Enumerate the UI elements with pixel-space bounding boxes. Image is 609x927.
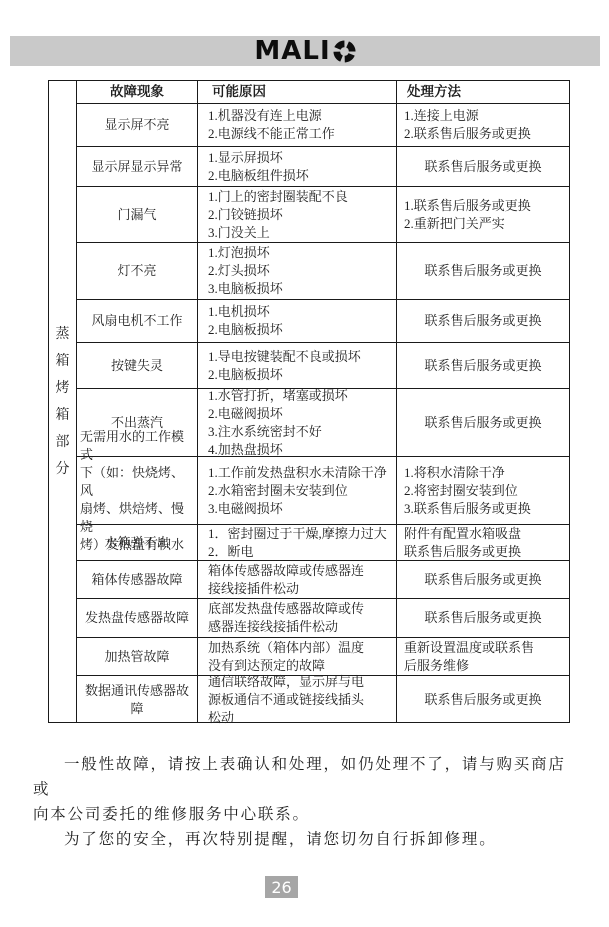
cell-line: 1．密封圈过于干燥,摩擦力过大: [208, 525, 387, 543]
cell-line: 联系售后服务或更换: [424, 609, 541, 627]
cell-line: 箱体传感器故障或传感器连: [208, 562, 364, 580]
cell-line: 风扇电机不工作: [91, 312, 182, 330]
cell-line: 联系售后服务或更换: [424, 312, 541, 330]
cell-line: 联系售后服务或更换: [424, 571, 541, 589]
causes-cell: 1.电机损坏2.电脑板损坏: [198, 300, 397, 342]
cell-line: 2.将密封圈安装到位: [404, 482, 518, 500]
table-row: 按键失灵1.导电按键装配不良或损坏2.电脑板损坏联系售后服务或更换: [77, 343, 569, 389]
cell-line: 下（如：快烧烤、风: [80, 464, 194, 500]
header-causes: 可能原因: [198, 81, 397, 103]
table-row: 水箱弹不出1．密封圈过于干燥,摩擦力过大2．断电附件有配置水箱吸盘联系售后服务或…: [77, 525, 569, 561]
symptom-cell: 水箱弹不出: [77, 525, 198, 560]
cell-line: 1.机器没有连上电源: [208, 107, 322, 125]
page-number-badge: 26: [265, 876, 298, 898]
cell-line: 1.工作前发热盘积水未清除干净: [208, 464, 387, 482]
cell-line: 加热系统（箱体内部）温度: [208, 639, 364, 657]
table-header-row: 故障现象 可能原因 处理方法: [77, 81, 569, 104]
footer-line: 向本公司委托的维修服务中心联系。: [33, 802, 579, 827]
header-solutions: 处理方法: [397, 81, 569, 103]
cell-line: 3.电磁阀损坏: [208, 500, 283, 518]
cell-line: 2.联系售后服务或更换: [404, 125, 531, 143]
solutions-cell: 联系售后服务或更换: [397, 300, 569, 342]
footer-notes: 一般性故障，请按上表确认和处理，如仍处理不了，请与购买商店或向本公司委托的维修服…: [33, 752, 579, 852]
segmented-ring-icon: [333, 40, 356, 63]
cell-line: 2.电源线不能正常工作: [208, 125, 335, 143]
cell-line: 4.加热盘损坏: [208, 441, 283, 459]
cell-line: 2.重新把门关严实: [404, 215, 505, 233]
causes-cell: 1.显示屏损坏2.电脑板组件损坏: [198, 147, 397, 186]
cell-line: 2.电脑板损坏: [208, 321, 283, 339]
cell-line: 发热盘传感器故障: [85, 609, 189, 627]
header-symptom: 故障现象: [77, 81, 198, 103]
cell-line: 联系售后服务或更换: [424, 691, 541, 709]
cell-line: 后服务维修: [404, 657, 469, 675]
table-row: 显示屏不亮1.机器没有连上电源2.电源线不能正常工作1.连接上电源2.联系售后服…: [77, 104, 569, 147]
section-label-char: 分: [56, 456, 70, 483]
brand-logo: MALI: [254, 38, 355, 64]
causes-cell: 通信联络故障，显示屏与电源板通信不通或链接线插头松动: [198, 676, 397, 723]
solutions-cell: 重新设置温度或联系售后服务维修: [397, 638, 569, 675]
cell-line: 联系售后服务或更换: [424, 414, 541, 432]
table-row: 发热盘传感器故障底部发热盘传感器故障或传感器连接线接插件松动联系售后服务或更换: [77, 599, 569, 638]
cell-line: 2.水箱密封圈未安装到位: [208, 482, 348, 500]
cell-line: 1.联系售后服务或更换: [404, 197, 531, 215]
cell-line: 3.联系售后服务或更换: [404, 500, 531, 518]
troubleshooting-table: 蒸箱烤箱部分 故障现象 可能原因 处理方法 显示屏不亮1.机器没有连上电源2.电…: [48, 80, 570, 723]
table-row: 箱体传感器故障箱体传感器故障或传感器连接线接插件松动联系售后服务或更换: [77, 561, 569, 599]
cell-line: 3.注水系统密封不好: [208, 423, 322, 441]
cell-line: 联系售后服务或更换: [424, 158, 541, 176]
solutions-cell: 联系售后服务或更换: [397, 676, 569, 723]
cell-line: 1.电机损坏: [208, 303, 270, 321]
symptom-cell: 显示屏不亮: [77, 104, 198, 146]
cell-line: 联系售后服务或更换: [424, 357, 541, 375]
symptom-cell: 发热盘传感器故障: [77, 599, 198, 637]
table-row: 无需用水的工作模式下（如：快烧烤、风扇烤、烘焙烤、慢烧烤）发热盘有积水1.工作前…: [77, 457, 569, 525]
table-row: 门漏气1.门上的密封圈装配不良2.门铰链损坏3.门没关上1.联系售后服务或更换2…: [77, 187, 569, 243]
brand-logo-text: MALI: [254, 38, 330, 64]
cell-line: 数据通讯传感器故障: [79, 682, 195, 718]
causes-cell: 1.灯泡损坏2.灯头损坏3.电脑板损坏: [198, 243, 397, 299]
solutions-cell: 联系售后服务或更换: [397, 343, 569, 388]
cell-line: 3.门没关上: [208, 224, 270, 242]
cell-line: 3.电脑板损坏: [208, 280, 283, 298]
table-rows: 故障现象 可能原因 处理方法 显示屏不亮1.机器没有连上电源2.电源线不能正常工…: [77, 81, 569, 722]
cell-line: 显示屏显示异常: [91, 158, 182, 176]
symptom-cell: 无需用水的工作模式下（如：快烧烤、风扇烤、烘焙烤、慢烧烤）发热盘有积水: [77, 457, 198, 524]
cell-line: 2.电磁阀损坏: [208, 405, 283, 423]
cell-line: 源板通信不通或链接线插头: [208, 691, 364, 709]
causes-cell: 加热系统（箱体内部）温度没有到达预定的故障: [198, 638, 397, 675]
symptom-cell: 箱体传感器故障: [77, 561, 198, 598]
solutions-cell: 联系售后服务或更换: [397, 599, 569, 637]
causes-cell: 1.水管打折，堵塞或损坏2.电磁阀损坏3.注水系统密封不好4.加热盘损坏: [198, 389, 397, 456]
cell-line: 联系售后服务或更换: [424, 262, 541, 280]
cell-line: 1.导电按键装配不良或损坏: [208, 348, 361, 366]
cell-line: 按键失灵: [111, 357, 163, 375]
causes-cell: 底部发热盘传感器故障或传感器连接线接插件松动: [198, 599, 397, 637]
causes-cell: 1.工作前发热盘积水未清除干净2.水箱密封圈未安装到位3.电磁阀损坏: [198, 457, 397, 524]
causes-cell: 1.机器没有连上电源2.电源线不能正常工作: [198, 104, 397, 146]
footer-line: 为了您的安全，再次特别提醒，请您切勿自行拆卸修理。: [33, 827, 579, 852]
symptom-cell: 灯不亮: [77, 243, 198, 299]
cell-line: 接线接插件松动: [208, 580, 299, 598]
causes-cell: 1.导电按键装配不良或损坏2.电脑板损坏: [198, 343, 397, 388]
cell-line: 通信联络故障，显示屏与电: [208, 673, 364, 691]
symptom-cell: 门漏气: [77, 187, 198, 242]
cell-line: 松动: [208, 709, 234, 727]
cell-line: 1.门上的密封圈装配不良: [208, 188, 348, 206]
solutions-cell: 联系售后服务或更换: [397, 389, 569, 456]
cell-line: 2.电脑板组件损坏: [208, 167, 309, 185]
cell-line: 底部发热盘传感器故障或传: [208, 600, 364, 618]
solutions-cell: 附件有配置水箱吸盘联系售后服务或更换: [397, 525, 569, 560]
cell-line: 门漏气: [117, 206, 156, 224]
cell-line: 水箱弹不出: [104, 534, 169, 552]
cell-line: 加热管故障: [104, 648, 169, 666]
solutions-cell: 1.连接上电源2.联系售后服务或更换: [397, 104, 569, 146]
cell-line: 显示屏不亮: [104, 116, 169, 134]
table-row: 数据通讯传感器故障通信联络故障，显示屏与电源板通信不通或链接线插头松动联系售后服…: [77, 676, 569, 723]
symptom-cell: 数据通讯传感器故障: [77, 676, 198, 723]
brand-bar: MALI: [10, 36, 600, 66]
cell-line: 联系售后服务或更换: [404, 543, 521, 561]
causes-cell: 1．密封圈过于干燥,摩擦力过大2．断电: [198, 525, 397, 560]
cell-line: 感器连接线接插件松动: [208, 618, 338, 636]
cell-line: 箱体传感器故障: [91, 571, 182, 589]
table-row: 灯不亮1.灯泡损坏2.灯头损坏3.电脑板损坏联系售后服务或更换: [77, 243, 569, 300]
causes-cell: 1.门上的密封圈装配不良2.门铰链损坏3.门没关上: [198, 187, 397, 242]
symptom-cell: 显示屏显示异常: [77, 147, 198, 186]
section-label-char: 烤: [56, 375, 70, 402]
footer-line: 一般性故障，请按上表确认和处理，如仍处理不了，请与购买商店或: [33, 752, 579, 802]
cell-line: 1.显示屏损坏: [208, 149, 283, 167]
cell-line: 无需用水的工作模式: [80, 428, 194, 464]
solutions-cell: 联系售后服务或更换: [397, 243, 569, 299]
cell-line: 重新设置温度或联系售: [404, 639, 534, 657]
symptom-cell: 按键失灵: [77, 343, 198, 388]
cell-line: 1.水管打折，堵塞或损坏: [208, 387, 348, 405]
cell-line: 2.灯头损坏: [208, 262, 270, 280]
cell-line: 1.连接上电源: [404, 107, 479, 125]
cell-line: 附件有配置水箱吸盘: [404, 525, 521, 543]
cell-line: 2．断电: [208, 543, 254, 561]
section-label-char: 箱: [56, 402, 70, 429]
cell-line: 2.门铰链损坏: [208, 206, 283, 224]
cell-line: 2.电脑板损坏: [208, 366, 283, 384]
symptom-cell: 风扇电机不工作: [77, 300, 198, 342]
solutions-cell: 1.将积水清除干净2.将密封圈安装到位3.联系售后服务或更换: [397, 457, 569, 524]
table-row: 显示屏显示异常1.显示屏损坏2.电脑板组件损坏联系售后服务或更换: [77, 147, 569, 187]
causes-cell: 箱体传感器故障或传感器连接线接插件松动: [198, 561, 397, 598]
table-row: 风扇电机不工作1.电机损坏2.电脑板损坏联系售后服务或更换: [77, 300, 569, 343]
symptom-cell: 加热管故障: [77, 638, 198, 675]
solutions-cell: 1.联系售后服务或更换2.重新把门关严实: [397, 187, 569, 242]
solutions-cell: 联系售后服务或更换: [397, 561, 569, 598]
section-label-char: 箱: [56, 348, 70, 375]
section-label-char: 部: [56, 429, 70, 456]
cell-line: 灯不亮: [117, 262, 156, 280]
cell-line: 1.将积水清除干净: [404, 464, 505, 482]
cell-line: 1.灯泡损坏: [208, 244, 270, 262]
section-label-char: 蒸: [56, 321, 70, 348]
section-label: 蒸箱烤箱部分: [49, 81, 77, 722]
solutions-cell: 联系售后服务或更换: [397, 147, 569, 186]
table-row: 加热管故障加热系统（箱体内部）温度没有到达预定的故障重新设置温度或联系售后服务维…: [77, 638, 569, 676]
